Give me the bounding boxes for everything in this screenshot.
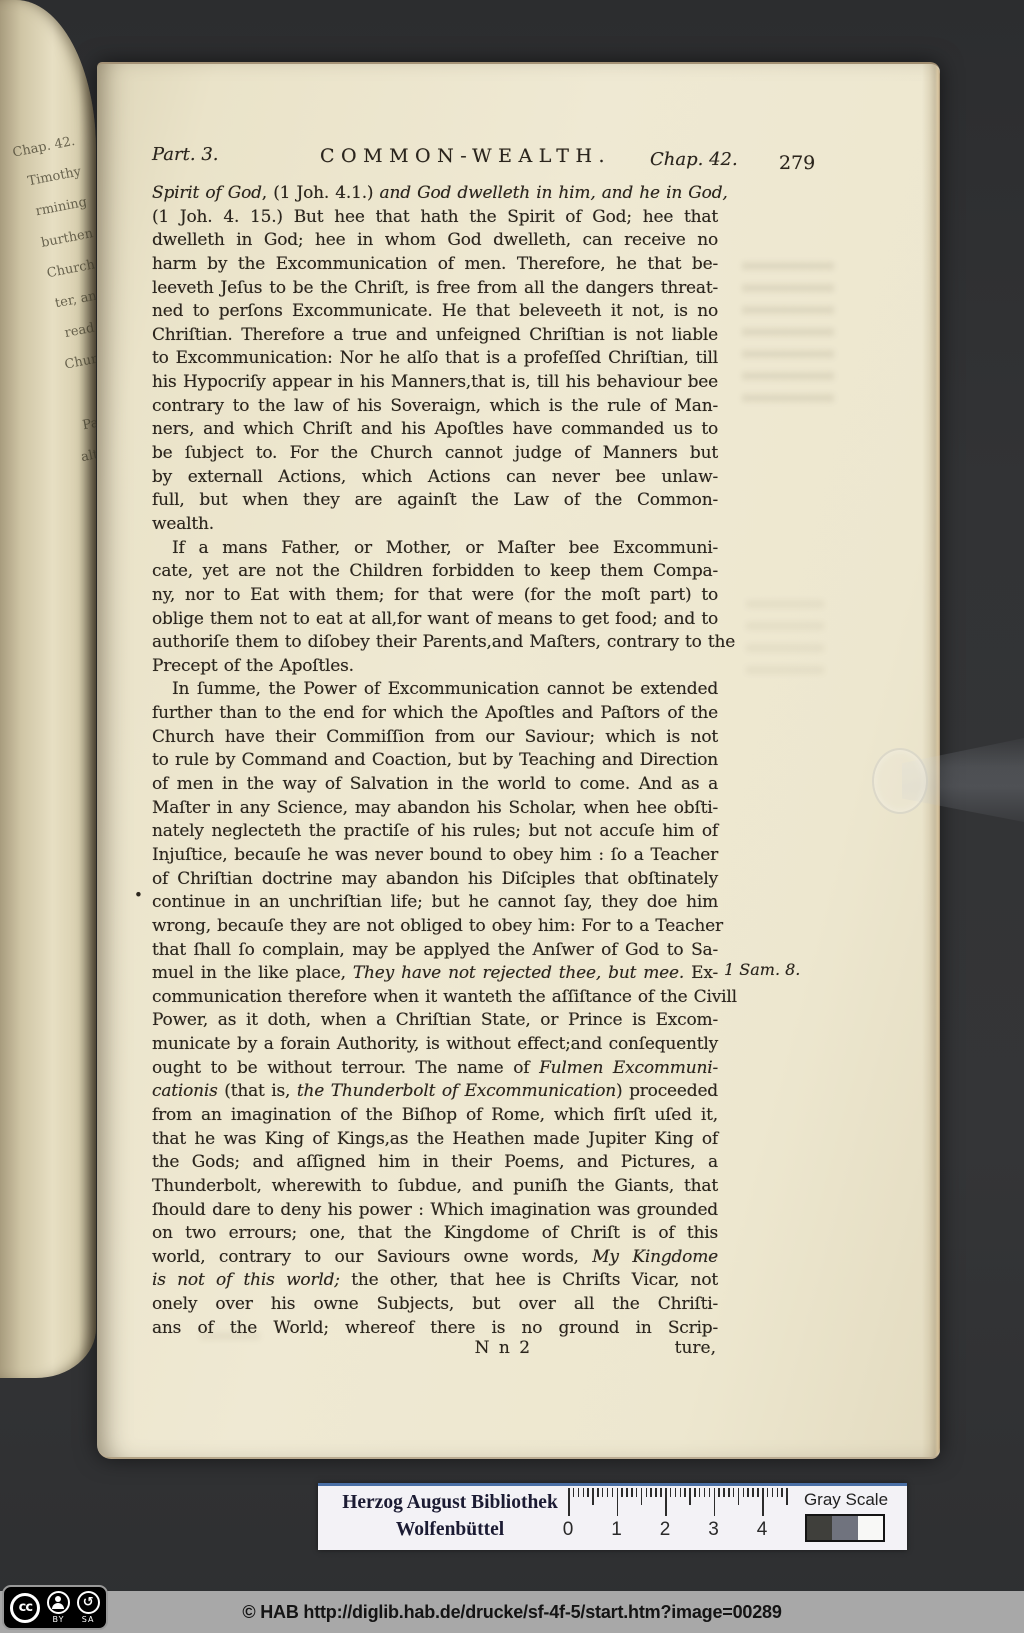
page-text: Spirit of God, (1 Joh. 4.1.) and God dwe… xyxy=(152,182,718,1340)
text-line: to Excommunication: Nor he alſo that is … xyxy=(152,347,718,371)
text-line: by externall Actions, which Actions can … xyxy=(152,466,718,490)
previous-page-text-fragments: Chap. 42. Timothy rmining burthen Church… xyxy=(0,126,96,1378)
cc-sa-arrow-icon: ↺ xyxy=(77,1591,100,1614)
ruler-tick xyxy=(689,1488,691,1505)
text-line: leeveth Jeſus to be the Chriſt, is free … xyxy=(152,277,718,301)
text-line: harm by the Excommunication of men. Ther… xyxy=(152,253,718,277)
text-line: Spirit of God, (1 Joh. 4.1.) and God dwe… xyxy=(152,182,718,206)
library-banner: Herzog August Bibliothek Wolfenbüttel 01… xyxy=(318,1483,907,1550)
ruler-tick xyxy=(583,1488,585,1497)
text-line: world, contrary to our Saviours owne wor… xyxy=(152,1246,718,1270)
library-name: Herzog August Bibliothek Wolfenbüttel xyxy=(326,1489,574,1543)
running-head-title: COMMON-WEALTH. xyxy=(320,145,611,167)
ruler-tick xyxy=(612,1488,614,1497)
ruler-tick xyxy=(772,1488,774,1497)
text-line: further than to the end for which the Ap… xyxy=(152,702,718,726)
text-line: ny, nor to Eat with them; for that were … xyxy=(152,584,718,608)
ruler-tick xyxy=(626,1488,628,1497)
text-line: wrong, becauſe they are not obliged to o… xyxy=(152,915,718,939)
text-line: that he was King of Kings,as the Heathen… xyxy=(152,1128,718,1152)
text-line: Injuſtice, becauſe he was never bound to… xyxy=(152,844,718,868)
text-line: Thunderbolt, wherewith to ſubdue, and pu… xyxy=(152,1175,718,1199)
ruler-tick xyxy=(704,1488,706,1497)
ruler-tick xyxy=(636,1488,638,1497)
running-head-part: Part. 3. xyxy=(152,144,219,165)
bullet-marker: • xyxy=(134,886,143,904)
gray-scale-bar xyxy=(805,1514,885,1542)
text-line: continue in an unchriſtian life; but he … xyxy=(152,891,718,915)
ruler-tick xyxy=(646,1488,648,1497)
ruler-tick xyxy=(650,1488,652,1497)
ruler-number: 2 xyxy=(659,1519,671,1541)
text-line: Power, as it doth, when a Chriſtian Stat… xyxy=(152,1009,718,1033)
ruler-tick xyxy=(665,1488,667,1516)
text-line: his Hypocriſy appear in his Manners,that… xyxy=(152,371,718,395)
text-line: be ſubject to. For the Church cannot jud… xyxy=(152,442,718,466)
text-line: ners, and which Chriſt and his Apoſtles … xyxy=(152,418,718,442)
text-line: that ſhall ſo complain, may be applyed t… xyxy=(152,939,718,963)
text-line: (1 Joh. 4. 15.) But hee that hath the Sp… xyxy=(152,206,718,230)
gray-scale-swatch xyxy=(807,1516,832,1540)
text-line: ned to perſons Excommunicate. He that be… xyxy=(152,300,718,324)
ruler-tick xyxy=(621,1488,623,1497)
text-line: from an imagination of the Biſhop of Rom… xyxy=(152,1104,718,1128)
ruler-tick xyxy=(597,1488,599,1497)
gray-scale-label: Gray Scale xyxy=(796,1490,896,1510)
previous-page-edge: Chap. 42. Timothy rmining burthen Church… xyxy=(0,0,96,1378)
ruler-tick xyxy=(767,1488,769,1497)
ruler-tick xyxy=(607,1488,609,1497)
cc-sa-glyph: ↺ xyxy=(83,1596,94,1609)
signature-mark: N n 2 xyxy=(475,1338,532,1358)
ruler-tick xyxy=(670,1488,672,1497)
text-line: In ſumme, the Power of Excommunication c… xyxy=(152,678,718,702)
text-line: full, but when they are againſt the Law … xyxy=(152,489,718,513)
ruler-tick xyxy=(699,1488,701,1497)
cc-logo-icon: cc xyxy=(10,1593,40,1623)
ruler-tick xyxy=(568,1488,570,1516)
text-line: to rule by Command and Coaction, but by … xyxy=(152,749,718,773)
ruler-tick xyxy=(684,1488,686,1497)
ruler-tick xyxy=(660,1488,662,1497)
page-number: 279 xyxy=(779,152,815,174)
text-line: cationis (that is, the Thunderbolt of Ex… xyxy=(152,1080,718,1104)
ruler-tick xyxy=(578,1488,580,1497)
ruler-tick xyxy=(694,1488,696,1497)
ruler-tick xyxy=(709,1488,711,1497)
catchword: ture, xyxy=(675,1338,716,1358)
ruler-tick xyxy=(680,1488,682,1497)
ruler-tick xyxy=(757,1488,759,1497)
text-line: contrary to the law of his Soveraign, wh… xyxy=(152,395,718,419)
text-line: Chriſtian. Therefore a true and unfeigne… xyxy=(152,324,718,348)
cc-by-label: BY xyxy=(53,1615,65,1624)
ruler-tick xyxy=(641,1488,643,1505)
ruler-tick xyxy=(738,1488,740,1505)
text-line: ans of the World; whereof there is no gr… xyxy=(152,1317,718,1341)
text-line: cate, yet are not the Children forbidden… xyxy=(152,560,718,584)
margin-note: 1 Sam. 8. xyxy=(724,960,800,979)
ruler-tick xyxy=(631,1488,633,1497)
credit-bar: © HAB http://diglib.hab.de/drucke/sf-4f-… xyxy=(0,1591,1024,1633)
running-head-chapter: Chap. 42. xyxy=(650,149,738,170)
text-line: If a mans Father, or Mother, or Maſter b… xyxy=(152,537,718,561)
text-line: wealth. xyxy=(152,513,718,537)
ruler-tick xyxy=(777,1488,779,1497)
ruler-number: 0 xyxy=(562,1519,574,1541)
ruler-tick xyxy=(617,1488,619,1516)
ruler-number: 1 xyxy=(611,1519,623,1541)
ruler-tick xyxy=(655,1488,657,1497)
library-name-line1: Herzog August Bibliothek xyxy=(326,1489,574,1516)
ruler-number: 4 xyxy=(756,1519,768,1541)
text-line: Precept of the Apoſtles. xyxy=(152,655,718,679)
cc-by-item: BY xyxy=(47,1591,70,1624)
text-line: of men in the way of Salvation in the wo… xyxy=(152,773,718,797)
text-line: the Gods; and aſſigned him in their Poem… xyxy=(152,1151,718,1175)
ruler-tick xyxy=(762,1488,764,1516)
ruler: 01234 xyxy=(568,1486,796,1548)
copyright-url: © HAB http://diglib.hab.de/drucke/sf-4f-… xyxy=(242,1602,781,1623)
ruler-tick xyxy=(718,1488,720,1497)
text-line: ſhould dare to deny his power : Which im… xyxy=(152,1199,718,1223)
ruler-tick xyxy=(786,1488,788,1505)
ruler-tick xyxy=(573,1488,575,1497)
gray-scale-swatch xyxy=(832,1516,857,1540)
library-name-line2: Wolfenbüttel xyxy=(326,1516,574,1543)
text-line: communication therefore when it wanteth … xyxy=(152,986,718,1010)
text-line: municate by a forain Authority, is witho… xyxy=(152,1033,718,1057)
ruler-number: 3 xyxy=(708,1519,720,1541)
text-line: of Chriſtian doctrine may abandon his Di… xyxy=(152,868,718,892)
ruler-tick xyxy=(587,1488,589,1497)
text-line: onely over his owne Subjects, but over a… xyxy=(152,1293,718,1317)
ruler-tick xyxy=(592,1488,594,1505)
cc-sa-label: SA xyxy=(82,1615,95,1624)
ruler-tick xyxy=(723,1488,725,1497)
ruler-tick xyxy=(752,1488,754,1497)
page-footer: N n 2 ture, xyxy=(152,1338,718,1362)
cc-sa-item: ↺ SA xyxy=(77,1591,100,1624)
scanned-book-photo: Chap. 42. Timothy rmining burthen Church… xyxy=(0,0,1024,1633)
text-line: is not of this world; the other, that he… xyxy=(152,1269,718,1293)
cc-license-badge: cc BY ↺ SA xyxy=(2,1585,108,1630)
page-holder-tip xyxy=(872,748,928,814)
ruler-tick xyxy=(675,1488,677,1497)
ruler-tick xyxy=(743,1488,745,1497)
gray-scale-swatch xyxy=(858,1516,883,1540)
text-line: muel in the like place, They have not re… xyxy=(152,962,718,986)
ruler-tick xyxy=(781,1488,783,1497)
text-line: dwelleth in God; hee in whom God dwellet… xyxy=(152,229,718,253)
text-line: Church have their Commiſſion from our Sa… xyxy=(152,726,718,750)
ruler-tick xyxy=(733,1488,735,1497)
cc-by-person-icon xyxy=(47,1591,70,1614)
text-line: Maſter in any Science, may abandon his S… xyxy=(152,797,718,821)
text-line: nately neglecteth the practiſe of his ru… xyxy=(152,820,718,844)
ruler-tick xyxy=(602,1488,604,1497)
text-line: authoriſe them to diſobey their Parents,… xyxy=(152,631,718,655)
text-line: ought to be without terrour. The name of… xyxy=(152,1057,718,1081)
ruler-tick xyxy=(747,1488,749,1497)
text-line: on two errours; one, that the Kingdome o… xyxy=(152,1222,718,1246)
ruler-tick xyxy=(728,1488,730,1497)
ruler-tick xyxy=(714,1488,716,1516)
text-line: oblige them not to eat at all,for want o… xyxy=(152,608,718,632)
